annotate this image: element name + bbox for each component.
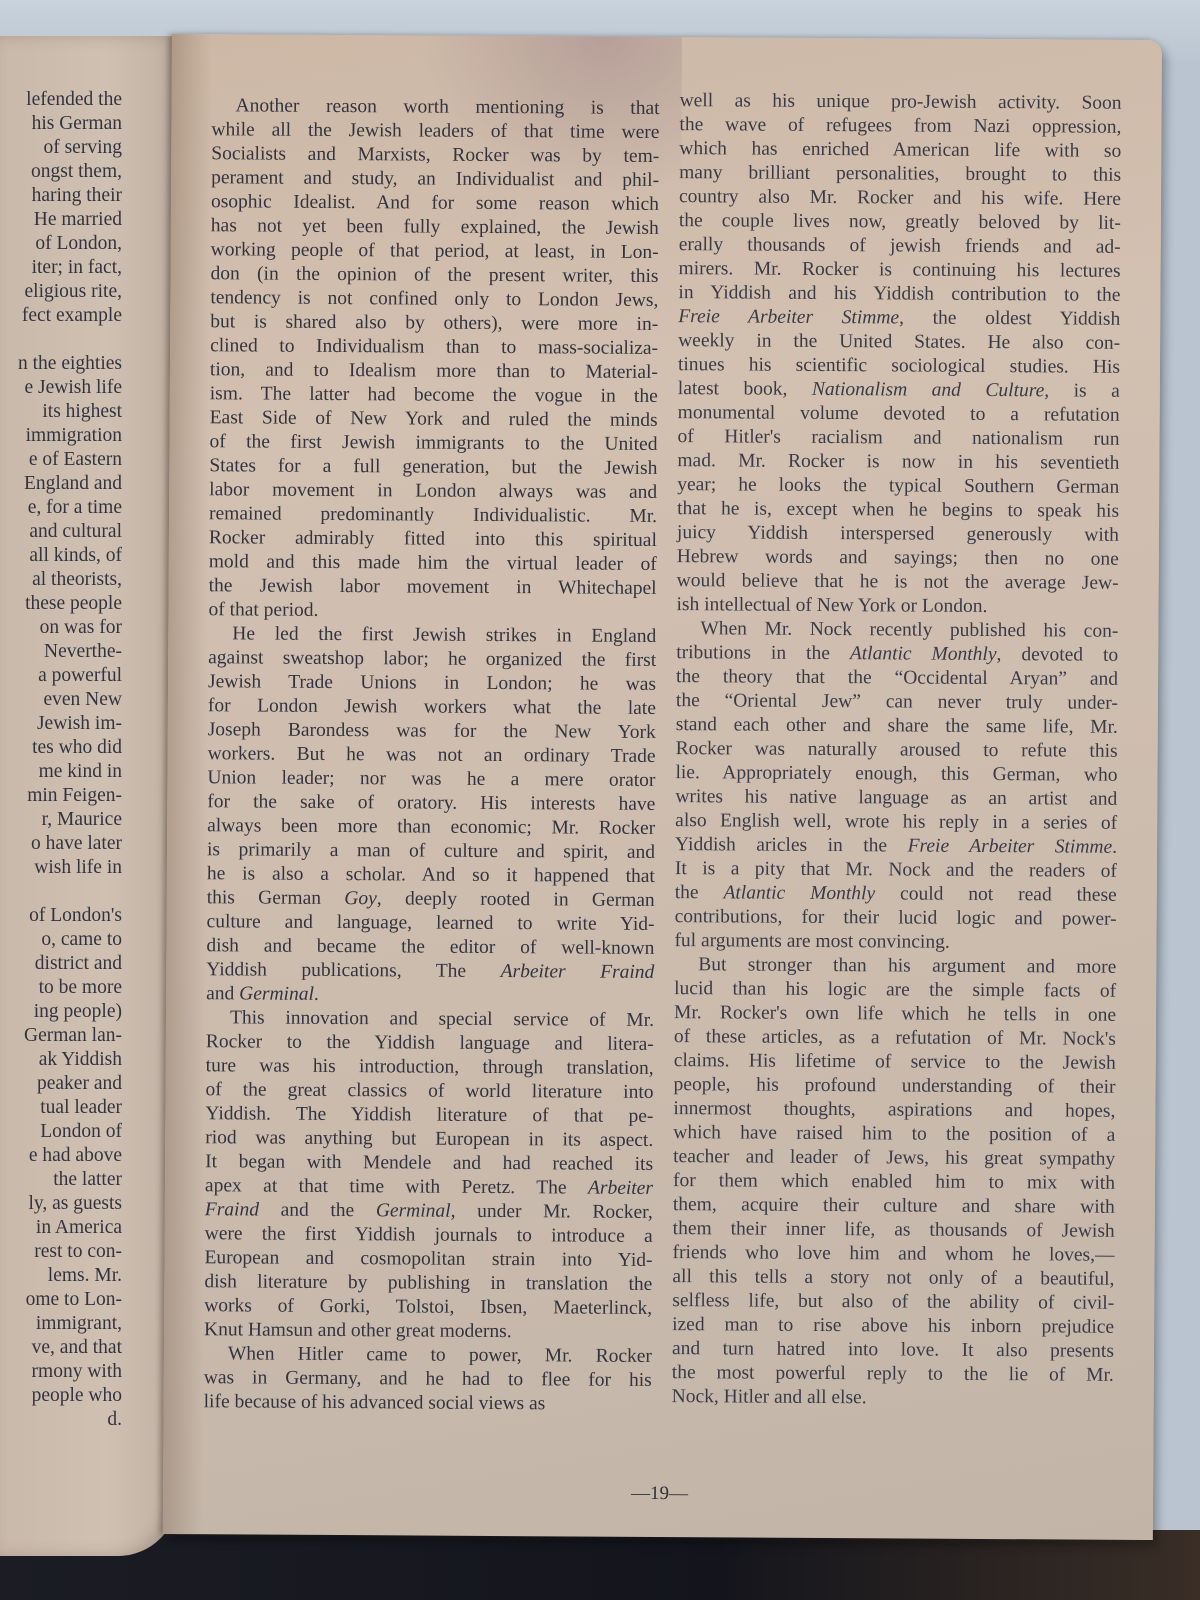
text-line: When Hitler came to power, Mr. Rocker bbox=[204, 1342, 652, 1369]
text-line: clined to Individualism than to mass-soc… bbox=[210, 334, 658, 361]
text-line: Freie Arbeiter Stimme, the oldest Yiddis… bbox=[678, 305, 1120, 332]
text-line: for the sake of oratory. His interests h… bbox=[207, 790, 655, 817]
text-line: Fraind and the Germinal, under Mr. Rocke… bbox=[205, 1198, 653, 1225]
text-line: riod was anything but European in its as… bbox=[205, 1126, 653, 1153]
text-line: tributions in the Atlantic Monthly, devo… bbox=[676, 641, 1118, 668]
text-line: ve, and that bbox=[0, 1336, 122, 1360]
text-line: a powerful bbox=[0, 664, 122, 688]
text-line: and turn hatred into love. It also prese… bbox=[672, 1337, 1114, 1364]
text-line: in America bbox=[0, 1216, 122, 1240]
text-line: weekly in the United States. He also con… bbox=[678, 329, 1120, 356]
text-line: ized man to rise above his inborn prejud… bbox=[672, 1313, 1114, 1340]
text-line: of London's bbox=[0, 904, 122, 928]
text-line: Rocker was naturally aroused to refute t… bbox=[676, 737, 1118, 764]
text-line: Jewish Trade Unions in London; he was bbox=[208, 670, 656, 697]
text-line: min Feigen- bbox=[0, 784, 122, 808]
paragraph: He led the first Jewish strikes in Engla… bbox=[206, 622, 656, 1009]
text-line: mirers. Mr. Rocker is continuing his lec… bbox=[679, 257, 1121, 284]
text-line: dish literature by publishing in transla… bbox=[204, 1270, 652, 1297]
text-line: But stronger than his argument and more bbox=[674, 953, 1116, 980]
text-line: that he is, except when he begins to spe… bbox=[677, 497, 1119, 524]
text-line: Yiddish publications, The Arbeiter Frain… bbox=[206, 958, 654, 985]
text-line: He led the first Jewish strikes in Engla… bbox=[208, 622, 656, 649]
paragraph: Another reason worth mentioning is thatw… bbox=[208, 94, 659, 625]
text-line: Yiddish aricles in the Freie Arbeiter St… bbox=[675, 833, 1117, 860]
text-line: ful arguments are most convincing. bbox=[674, 929, 1116, 956]
text-line: well as his unique pro-Jewish activity. … bbox=[680, 89, 1122, 116]
text-line: ture was his introduction, through trans… bbox=[206, 1054, 654, 1081]
text-line: but is shared also by others), were more… bbox=[210, 310, 658, 337]
text-line: on was for bbox=[0, 616, 122, 640]
text-line bbox=[0, 880, 122, 904]
text-line: This innovation and special service of M… bbox=[206, 1006, 654, 1033]
text-line: mad. Mr. Rocker is now in his seventieth bbox=[677, 449, 1119, 476]
text-line: lie. Appropriately enough, this German, … bbox=[675, 761, 1117, 788]
text-line: e, for a time bbox=[0, 496, 122, 520]
text-line: of London, bbox=[0, 232, 122, 256]
text-line: London of bbox=[0, 1120, 122, 1144]
text-line: culture and language, learned to write Y… bbox=[207, 910, 655, 937]
paragraph: But stronger than his argument and morel… bbox=[672, 953, 1117, 1412]
text-line: don (in the opinion of the present write… bbox=[210, 262, 658, 289]
text-line: all this tells a story not only of a bea… bbox=[672, 1265, 1114, 1292]
text-line: me kind in bbox=[0, 760, 122, 784]
text-line: ism. The latter had become the vogue in … bbox=[210, 382, 658, 409]
text-line: was in Germany, and he had to flee for h… bbox=[204, 1366, 652, 1393]
text-line: Another reason worth mentioning is that bbox=[211, 94, 659, 121]
text-line: ing people) bbox=[0, 1000, 122, 1024]
text-line: country also Mr. Rocker and his wife. He… bbox=[679, 185, 1121, 212]
text-line: r, Maurice bbox=[0, 808, 122, 832]
text-line: o have later bbox=[0, 832, 122, 856]
text-line: of these articles, as a refutation of Mr… bbox=[674, 1025, 1116, 1052]
text-line: Jewish im- bbox=[0, 712, 122, 736]
text-line: lefended the bbox=[0, 88, 122, 112]
text-line: also English well, wrote his reply in a … bbox=[675, 809, 1117, 836]
text-line: the “Oriental Jew” can never truly under… bbox=[676, 689, 1118, 716]
text-line: e had above bbox=[0, 1144, 122, 1168]
text-line: al theorists, bbox=[0, 568, 122, 592]
text-line: selfless life, but also of the ability o… bbox=[672, 1289, 1114, 1316]
text-line: It began with Mendele and had reached it… bbox=[205, 1150, 653, 1177]
text-line: against sweatshop labor; he organized th… bbox=[208, 646, 656, 673]
text-line: the theory that the “Occidental Aryan” a… bbox=[676, 665, 1118, 692]
text-line: for London Jewish workers what the late bbox=[208, 694, 656, 721]
text-line: ly, as guests bbox=[0, 1192, 122, 1216]
text-line: his German bbox=[0, 112, 122, 136]
text-line: its highest bbox=[0, 400, 122, 424]
text-line: them their inner life, as thousands of J… bbox=[673, 1217, 1115, 1244]
text-line: friends who love him and whom he loves,— bbox=[672, 1241, 1114, 1268]
text-line: wish life in bbox=[0, 856, 122, 880]
text-line: year; he looks the typical Southern Germ… bbox=[677, 473, 1119, 500]
text-line: district and bbox=[0, 952, 122, 976]
paragraph: When Hitler came to power, Mr. Rockerwas… bbox=[204, 1342, 652, 1417]
text-line: iter; in fact, bbox=[0, 256, 122, 280]
text-line: Neverthe- bbox=[0, 640, 122, 664]
text-line: which have raised him to the position of… bbox=[673, 1121, 1115, 1148]
text-line: tion, and to Idealism more than to Mater… bbox=[210, 358, 658, 385]
table-surface bbox=[0, 1530, 1200, 1600]
text-line: even New bbox=[0, 688, 122, 712]
text-line: Union leader; nor was he a mere orator bbox=[207, 766, 655, 793]
text-line: e of Eastern bbox=[0, 448, 122, 472]
text-line: osophic Idealist. And for some reason wh… bbox=[211, 190, 659, 217]
text-line: has not yet been fully explained, the Je… bbox=[211, 214, 659, 241]
text-line: lucid than his logic are the simple fact… bbox=[674, 977, 1116, 1004]
text-line: Nock, Hitler and all else. bbox=[672, 1385, 1114, 1412]
text-line: erally thousands of jewish friends and a… bbox=[679, 233, 1121, 260]
page-number: —19— bbox=[631, 1483, 688, 1505]
text-line: He married bbox=[0, 208, 122, 232]
text-line: innermost thoughts, aspirations and hope… bbox=[673, 1097, 1115, 1124]
text-line: labor movement in London always was and bbox=[209, 478, 657, 505]
text-line: claims. His lifetime of service to the J… bbox=[674, 1049, 1116, 1076]
text-line: contributions, for their lucid logic and… bbox=[675, 905, 1117, 932]
text-line: haring their bbox=[0, 184, 122, 208]
text-line: monumental volume devoted to a refutatio… bbox=[678, 401, 1120, 428]
text-line: which has enriched American life with so bbox=[679, 137, 1121, 164]
text-line: apex at that time with Peretz. The Arbei… bbox=[205, 1174, 653, 1201]
text-line: England and bbox=[0, 472, 122, 496]
text-line: stand each other and share the same life… bbox=[676, 713, 1118, 740]
text-line: European and cosmopolitan strain into Yi… bbox=[204, 1246, 652, 1273]
text-line: these people bbox=[0, 592, 122, 616]
text-line: all kinds, of bbox=[0, 544, 122, 568]
text-line: peaker and bbox=[0, 1072, 122, 1096]
text-line: working people of that period, at least,… bbox=[211, 238, 659, 265]
text-line: Knut Hamsun and other great moderns. bbox=[204, 1318, 652, 1345]
text-line: and cultural bbox=[0, 520, 122, 544]
text-line: writes his native language as an artist … bbox=[675, 785, 1117, 812]
text-line: is primarily a man of culture and spirit… bbox=[207, 838, 655, 865]
text-line: Joseph Barondess was for the New York bbox=[208, 718, 656, 745]
text-line: It is a pity that Mr. Nock and the reade… bbox=[675, 857, 1117, 884]
paragraph: When Mr. Nock recently published his con… bbox=[674, 617, 1118, 956]
text-line: o, came to bbox=[0, 928, 122, 952]
text-line: this German Goy, deeply rooted in German bbox=[207, 886, 655, 913]
text-line: remained predominantly Individualistic. … bbox=[209, 502, 657, 529]
text-line: teacher and leader of Jews, his great sy… bbox=[673, 1145, 1115, 1172]
text-line: he is also a scholar. And so it happened… bbox=[207, 862, 655, 889]
right-page: Another reason worth mentioning is thatw… bbox=[163, 34, 1162, 1540]
text-line: people, his profound understanding of th… bbox=[674, 1073, 1116, 1100]
text-line: the most powerful reply to the lie of Mr… bbox=[672, 1361, 1114, 1388]
middle-text-column: Another reason worth mentioning is thatw… bbox=[204, 94, 660, 1417]
text-line: of that period. bbox=[208, 598, 656, 625]
text-line: lems. Mr. bbox=[0, 1264, 122, 1288]
text-line: e Jewish life bbox=[0, 376, 122, 400]
text-line: Rocker to the Yiddish language and liter… bbox=[206, 1030, 654, 1057]
text-line: ongst them, bbox=[0, 160, 122, 184]
text-line: in Yiddish and his Yiddish contribution … bbox=[678, 281, 1120, 308]
text-line: Socialists and Marxists, Rocker was by t… bbox=[211, 142, 659, 169]
text-line: life because of his advanced social view… bbox=[204, 1390, 652, 1417]
text-line: many brilliant personalities, brought to… bbox=[679, 161, 1121, 188]
text-line: rmony with bbox=[0, 1360, 122, 1384]
text-line: juicy Yiddish interspersed generously wi… bbox=[677, 521, 1119, 548]
text-line: perament and study, an Individualist and… bbox=[211, 166, 659, 193]
text-line: would believe that he is not the average… bbox=[677, 569, 1119, 596]
text-line: works of Gorki, Tolstoi, Ibsen, Maeterli… bbox=[204, 1294, 652, 1321]
text-line: dish and became the editor of well-known bbox=[206, 934, 654, 961]
text-line: eligious rite, bbox=[0, 280, 122, 304]
text-line: latest book, Nationalism and Culture, is… bbox=[678, 377, 1120, 404]
text-line: tual leader bbox=[0, 1096, 122, 1120]
text-line: Yiddish. The Yiddish literature of that … bbox=[205, 1102, 653, 1129]
text-line: were the first Yiddish journals to intro… bbox=[205, 1222, 653, 1249]
text-line: the Atlantic Monthly could not read thes… bbox=[675, 881, 1117, 908]
text-line: for them which enabled him to mix with bbox=[673, 1169, 1115, 1196]
text-line: German lan- bbox=[0, 1024, 122, 1048]
text-line: Mr. Rocker's own life which he tells in … bbox=[674, 1001, 1116, 1028]
text-line: to be more bbox=[0, 976, 122, 1000]
text-line: of serving bbox=[0, 136, 122, 160]
text-line: States for a full generation, but the Je… bbox=[209, 454, 657, 481]
text-line: them, acquire their culture and share wi… bbox=[673, 1193, 1115, 1220]
text-line: rest to con- bbox=[0, 1240, 122, 1264]
text-line bbox=[0, 328, 122, 352]
left-page: lefended thehis Germanof servingongst th… bbox=[0, 36, 178, 1556]
text-line: tes who did bbox=[0, 736, 122, 760]
text-line: ak Yiddish bbox=[0, 1048, 122, 1072]
text-line: while all the Jewish leaders of that tim… bbox=[211, 118, 659, 145]
text-line: d. bbox=[0, 1408, 122, 1432]
text-line: the wave of refugees from Nazi oppressio… bbox=[679, 113, 1121, 140]
text-line: always been more than economic; Mr. Rock… bbox=[207, 814, 655, 841]
text-line: n the eighties bbox=[0, 352, 122, 376]
text-line: of Hitler's racialism and nationalism ru… bbox=[677, 425, 1119, 452]
text-line: of the great classics of world literatur… bbox=[205, 1078, 653, 1105]
text-line: ome to Lon- bbox=[0, 1288, 122, 1312]
text-line: the couple lives now, greatly beloved by… bbox=[679, 209, 1121, 236]
text-line: workers. But he was not an ordinary Trad… bbox=[208, 742, 656, 769]
text-line: tinues his scientific sociological studi… bbox=[678, 353, 1120, 380]
text-line: the latter bbox=[0, 1168, 122, 1192]
text-line: the Jewish labor movement in Whitechapel bbox=[209, 574, 657, 601]
left-page-text-column: lefended thehis Germanof servingongst th… bbox=[0, 88, 122, 1432]
text-line: East Side of New York and ruled the mind… bbox=[210, 406, 658, 433]
paragraph: well as his unique pro-Jewish activity. … bbox=[676, 89, 1121, 620]
text-line: immigrant, bbox=[0, 1312, 122, 1336]
text-line: Rocker admirably fitted into this spirit… bbox=[209, 526, 657, 553]
text-line: fect example bbox=[0, 304, 122, 328]
text-line: Hebrew words and sayings; then no one bbox=[677, 545, 1119, 572]
text-line: immigration bbox=[0, 424, 122, 448]
text-line: mold and this made him the virtual leade… bbox=[209, 550, 657, 577]
text-line: and Germinal. bbox=[206, 982, 654, 1009]
text-line: tendency is not confined only to London … bbox=[210, 286, 658, 313]
text-line: people who bbox=[0, 1384, 122, 1408]
paragraph: This innovation and special service of M… bbox=[204, 1006, 654, 1345]
right-text-column: well as his unique pro-Jewish activity. … bbox=[672, 89, 1122, 1412]
text-line: of the first Jewish immigrants to the Un… bbox=[209, 430, 657, 457]
text-line: When Mr. Nock recently published his con… bbox=[676, 617, 1118, 644]
text-line: ish intellectual of New York or London. bbox=[676, 593, 1118, 620]
